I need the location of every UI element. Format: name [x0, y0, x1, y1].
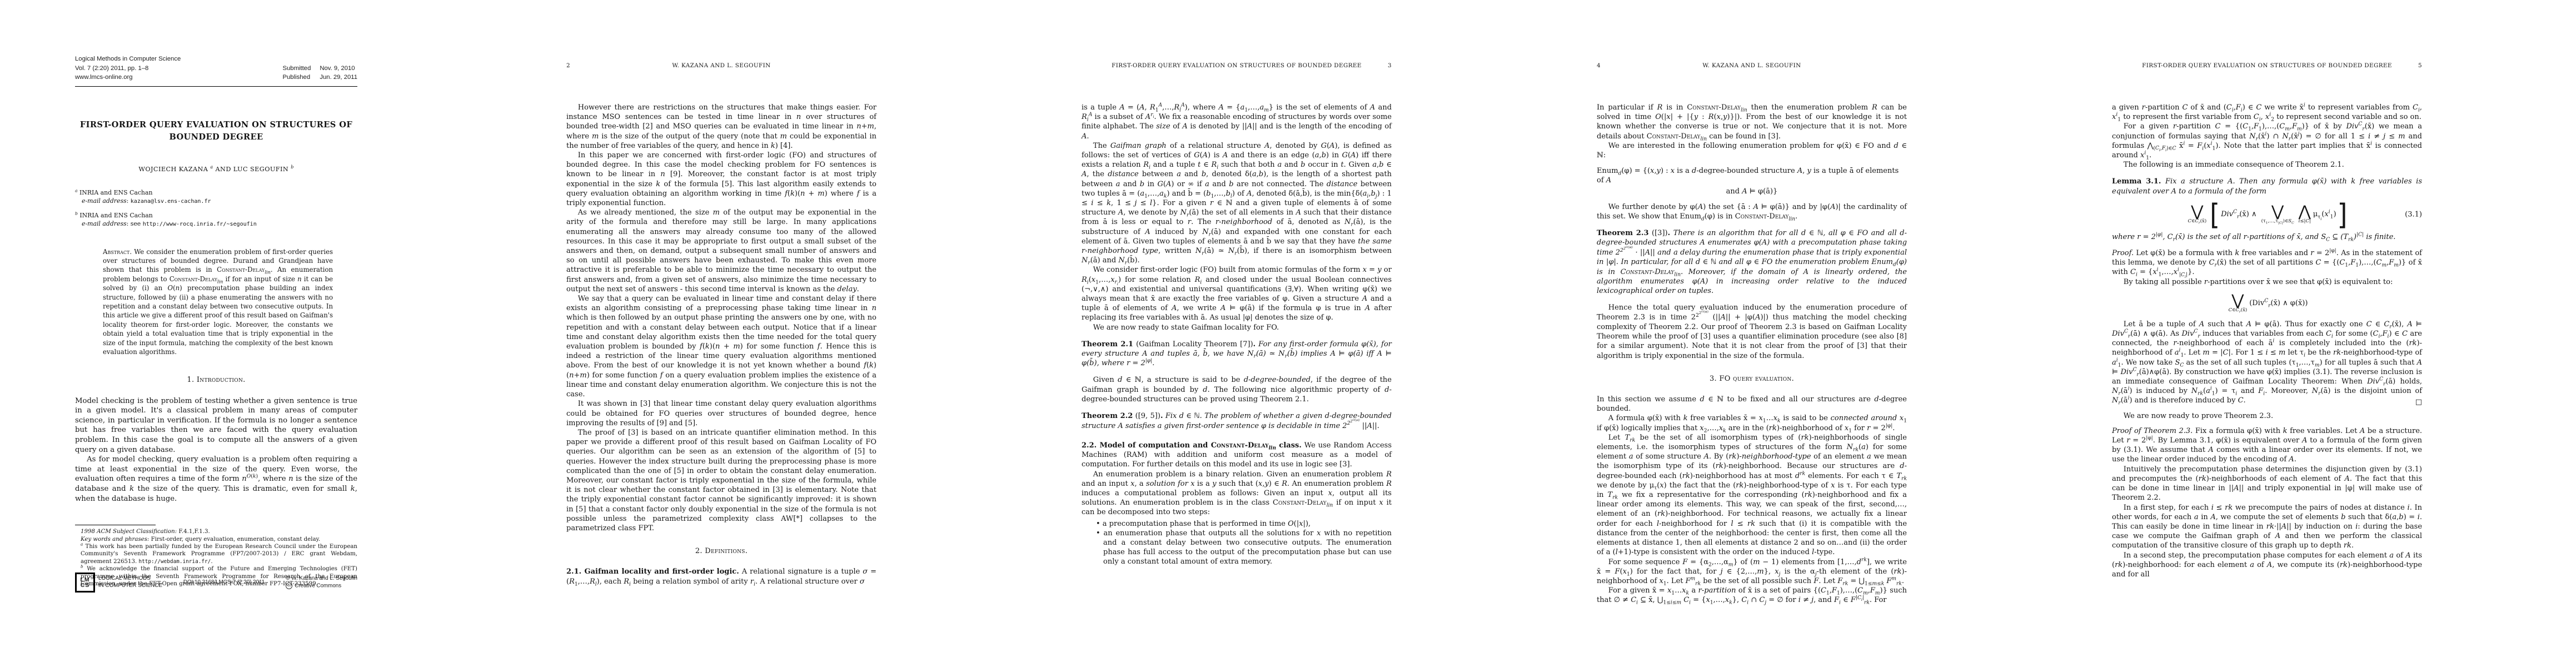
paragraph: The following is an immediate consequenc…	[2112, 160, 2422, 170]
page-4-column: 4 W. KAZANA AND L. SEGOUFIN In particula…	[1597, 62, 1907, 605]
paragraph: Hence the total query evaluation induced…	[1597, 303, 1907, 361]
lmcs-logo-letters-bottom: CS	[81, 583, 90, 589]
paragraph: We consider first-order logic (FO) built…	[1082, 265, 1392, 322]
paragraph: However there are restrictions on the st…	[566, 103, 876, 151]
equation-3-1-content: ⋁C∈Cr(x̄)[DivCr(x̄) ∧ ⋁(τ1,…,τ|C|)∈SC⋀i≤…	[2186, 203, 2349, 226]
journal-name: Logical Methods in Computer Science	[75, 54, 181, 64]
page-5-body: a given r-partition C of x̄ and (Ci,Fi) …	[2112, 103, 2422, 579]
lemma-3-1: Lemma 3.1. Fix a structure A. Then any f…	[2112, 177, 2422, 196]
page-1-footer: LM CS LOGICAL METHODS IN COMPUTER SCIENC…	[75, 573, 357, 593]
creative-commons-line: ccCreative Commons	[286, 583, 357, 590]
page-4-body: In particular if R is in Constant-Delayl…	[1597, 103, 1907, 605]
running-head: 4 W. KAZANA AND L. SEGOUFIN	[1597, 62, 1907, 69]
journal-info: Logical Methods in Computer Science Vol.…	[75, 54, 181, 82]
lmcs-logo-icon: LM CS	[75, 573, 95, 593]
paragraph: In this section we assume d ∈ ℕ to be fi…	[1597, 395, 1907, 414]
published-label: Published	[282, 73, 311, 82]
footnote-keywords: Key words and phrases: First-order, quer…	[75, 536, 357, 543]
cc-icon: cc	[286, 583, 292, 589]
published-date: Jun. 29, 2011	[320, 73, 357, 82]
affiliation-a: a INRIA and ENS Cachan e-mail address: k…	[75, 188, 357, 206]
paragraph: As we already mentioned, the size m of t…	[566, 208, 876, 294]
proof-theorem-2-3: Proof of Theorem 2.3. Fix a formula φ(x̄…	[2112, 426, 2422, 465]
paragraph: For a given x̄ = x1…xk a r-partition of …	[1597, 586, 1907, 605]
abstract: Abstract. We consider the enumeration pr…	[103, 247, 333, 357]
theorem-2-2: Theorem 2.2 ([9, 5]). Fix d ∈ ℕ. The pro…	[1082, 411, 1392, 431]
paragraph: A formula φ(x̄) with k free variables x̄…	[1597, 414, 1907, 432]
paragraph: In this paper we are concerned with firs…	[566, 151, 876, 208]
paragraph: Given d ∈ ℕ, a structure is said to be d…	[1082, 375, 1392, 404]
running-head-title: W. KAZANA AND L. SEGOUFIN	[1702, 62, 1801, 69]
affiliation-b-email[interactable]: e-mail address: see http://www-rocq.inri…	[75, 220, 357, 228]
running-head-title: FIRST-ORDER QUERY EVALUATION ON STRUCTUR…	[2142, 62, 2392, 69]
footnote-a: a This work has been partially funded by…	[75, 543, 357, 565]
affiliation-a-email[interactable]: e-mail address: kazana@lsv.ens-cachan.fr	[75, 197, 357, 206]
equation-unnumb-content: ⋁C∈Cr(x̄)(DivCr(x̄) ∧ φ(x̄))	[2226, 293, 2308, 313]
paragraph: It was shown in [3] that linear time con…	[566, 399, 876, 428]
page-2: 2 W. KAZANA AND L. SEGOUFIN However ther…	[515, 0, 1030, 667]
lemma-3-1-where-clause: where r = 2|φ|, Cr(x̄) is the set of all…	[2112, 232, 2422, 242]
paragraph: By taking all possible r-partitions over…	[2112, 277, 2422, 287]
lmcs-logo-caption: LOGICAL METHODS IN COMPUTER SCIENCE	[98, 573, 162, 589]
paragraph: In a second step, the precomputation pha…	[2112, 551, 2422, 580]
page-5: FIRST-ORDER QUERY EVALUATION ON STRUCTUR…	[2061, 0, 2576, 667]
equation-number: (3.1)	[2405, 210, 2422, 219]
enum-definition-display: Enumd(φ) = {(x,y) : x is a d-degree-boun…	[1597, 166, 1907, 196]
paragraph: We are now ready to state Gaifman locali…	[1082, 323, 1392, 332]
page-number: 2	[566, 62, 570, 69]
paragraph: Let ā be a tuple of A such that A ⊨ φ(ā)…	[2112, 320, 2422, 406]
page-3-column: FIRST-ORDER QUERY EVALUATION ON STRUCTUR…	[1082, 62, 1392, 569]
page-2-body: However there are restrictions on the st…	[566, 103, 876, 586]
paragraph: We are interested in the following enume…	[1597, 141, 1907, 160]
theorem-2-1: Theorem 2.1 (Gaifman Locality Theorem [7…	[1082, 340, 1392, 369]
paragraph: For some sequence F = {α2,…,αm} of (m − …	[1597, 558, 1907, 586]
page-1: Logical Methods in Computer Science Vol.…	[0, 0, 515, 667]
paragraph: As for model checking, query evaluation …	[75, 455, 357, 504]
document-canvas: Logical Methods in Computer Science Vol.…	[0, 0, 2576, 667]
running-head: FIRST-ORDER QUERY EVALUATION ON STRUCTUR…	[1082, 62, 1392, 69]
paragraph: We further denote by φ(A) the set {ā : A…	[1597, 202, 1907, 221]
logo-caption-line1: LOGICAL METHODS	[98, 575, 162, 583]
authors: WOJCIECH KAZANA a AND LUC SEGOUFIN b	[75, 166, 357, 173]
affiliation-b-inst: b INRIA and ENS Cachan	[75, 211, 357, 220]
page-2-column: 2 W. KAZANA AND L. SEGOUFIN However ther…	[566, 62, 876, 586]
proof-lemma-3-1: Proof. Let φ(x̄) be a formula with k fre…	[2112, 248, 2422, 277]
section-heading-fo-query-evaluation: 3. FO query evaluation.	[1597, 374, 1907, 384]
list-item: • an enumeration phase that outputs all …	[1096, 529, 1392, 567]
submission-dates: Submitted Nov. 9, 2010 Published Jun. 29…	[282, 54, 357, 82]
affiliations: a INRIA and ENS Cachan e-mail address: k…	[75, 188, 357, 228]
doi: DOI:10.2168/LMCS-7 (2:20) 2011	[183, 573, 265, 593]
paragraph: The proof of [3] is based on an intricat…	[566, 428, 876, 533]
equation-3-1: ⋁C∈Cr(x̄)[DivCr(x̄) ∧ ⋁(τ1,…,τ|C|)∈SC⋀i≤…	[2112, 203, 2422, 226]
enumeration-steps-list: • a precomputation phase that is perform…	[1096, 519, 1392, 567]
subsection-2-1: 2.1. Gaifman locality and first-order lo…	[566, 567, 876, 586]
lmcs-logo-group: LM CS LOGICAL METHODS IN COMPUTER SCIENC…	[75, 573, 162, 593]
list-item: • a precomputation phase that is perform…	[1096, 519, 1392, 529]
paragraph: The Gaifman graph of a relational struct…	[1082, 141, 1392, 266]
submitted-date: Nov. 9, 2010	[320, 64, 357, 73]
affiliation-a-inst: a INRIA and ENS Cachan	[75, 188, 357, 197]
paragraph: is a tuple A = (A, R1A,…,RlA), where A =…	[1082, 103, 1392, 141]
journal-header: Logical Methods in Computer Science Vol.…	[75, 54, 357, 82]
header-rule	[75, 86, 357, 87]
journal-url[interactable]: www.lmcs-online.org	[75, 73, 181, 82]
paragraph: We are now ready to prove Theorem 2.3.	[2112, 411, 2422, 421]
equation-unnumbered: ⋁C∈Cr(x̄)(DivCr(x̄) ∧ φ(x̄))	[2112, 293, 2422, 313]
page-number: 4	[1597, 62, 1601, 69]
cc-label: Creative Commons	[295, 583, 341, 589]
page-5-column: FIRST-ORDER QUERY EVALUATION ON STRUCTUR…	[2112, 62, 2422, 579]
theorem-2-3: Theorem 2.3 ([3]). There is an algorithm…	[1597, 228, 1907, 296]
footnote-rule	[75, 525, 156, 525]
page-number: 3	[1388, 62, 1392, 69]
paragraph: We say that a query can be evaluated in …	[566, 294, 876, 399]
paper-title: FIRST-ORDER QUERY EVALUATION ON STRUCTUR…	[75, 119, 357, 143]
journal-volume: Vol. 7 (2:20) 2011, pp. 1–8	[75, 64, 181, 73]
paragraph: An enumeration problem is a binary relat…	[1082, 470, 1392, 517]
logo-caption-line2: IN COMPUTER SCIENCE	[98, 583, 162, 590]
paragraph: Model checking is the problem of testing…	[75, 396, 357, 455]
affiliation-b: b INRIA and ENS Cachan e-mail address: s…	[75, 211, 357, 228]
enum-definition-line2: and A ⊨ φ(ā)}	[1597, 187, 1907, 196]
copyright-block: © W. Kazana and L. Segoufin ccCreative C…	[286, 573, 357, 593]
subsection-2-2: 2.2. Model of computation and Constant-D…	[1082, 441, 1392, 470]
submitted-label: Submitted	[282, 64, 311, 73]
copyright-line: © W. Kazana and L. Segoufin	[286, 575, 357, 583]
page-4: 4 W. KAZANA AND L. SEGOUFIN In particula…	[1546, 0, 2061, 667]
page-3-body: is a tuple A = (A, R1A,…,RlA), where A =…	[1082, 103, 1392, 567]
page-3: FIRST-ORDER QUERY EVALUATION ON STRUCTUR…	[1030, 0, 1546, 667]
page-number: 5	[2418, 62, 2422, 69]
running-head: FIRST-ORDER QUERY EVALUATION ON STRUCTUR…	[2112, 62, 2422, 69]
section-heading-definitions: 2. Definitions.	[566, 546, 876, 556]
paragraph: In a first step, for each i ≤ rk we prec…	[2112, 503, 2422, 551]
paragraph: For a given r-partition C = {(C1,F1),…,(…	[2112, 122, 2422, 160]
running-head-title: FIRST-ORDER QUERY EVALUATION ON STRUCTUR…	[1112, 62, 1362, 69]
paragraph: Let Trk be the set of all isomorphism ty…	[1597, 433, 1907, 558]
paragraph: In particular if R is in Constant-Delayl…	[1597, 103, 1907, 141]
page-1-column: Logical Methods in Computer Science Vol.…	[75, 54, 357, 588]
paragraph: Intuitively the precomputation phase det…	[2112, 465, 2422, 503]
footnote-classification: 1998 ACM Subject Classification: F.4.1,F…	[75, 528, 357, 535]
enum-definition-line1: Enumd(φ) = {(x,y) : x is a d-degree-boun…	[1597, 166, 1907, 185]
running-head-title: W. KAZANA AND L. SEGOUFIN	[672, 62, 770, 69]
running-head: 2 W. KAZANA AND L. SEGOUFIN	[566, 62, 876, 69]
section-heading-introduction: 1. Introduction.	[75, 375, 357, 385]
paragraph: a given r-partition C of x̄ and (Ci,Fi) …	[2112, 103, 2422, 122]
introduction-body: Model checking is the problem of testing…	[75, 396, 357, 504]
